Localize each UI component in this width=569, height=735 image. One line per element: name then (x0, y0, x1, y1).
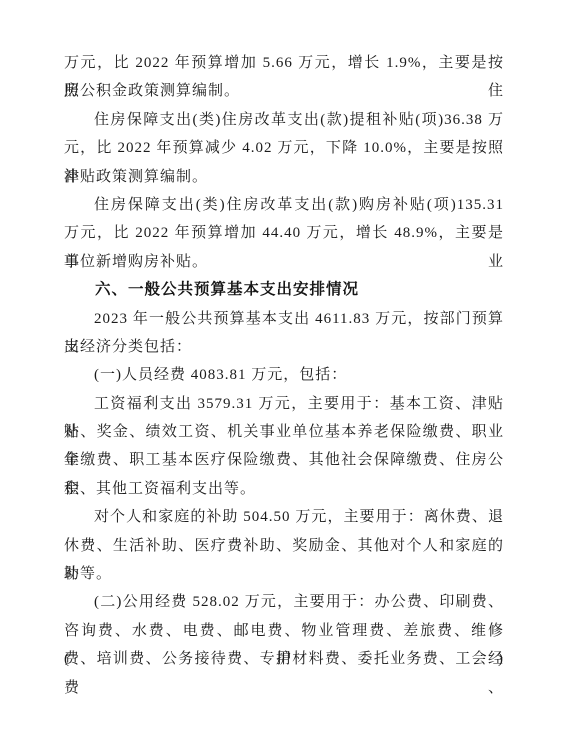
text-line: 对个人和家庭的补助 504.50 万元，主要用于：离休费、退 (64, 503, 504, 531)
text-line: 贴、奖金、绩效工资、机关事业单位基本养老保险缴费、职业年 (64, 418, 504, 446)
text-block: 万元，比 2022 年预算增加 5.66 万元，增长 1.9%，主要是按照住房公… (64, 49, 504, 674)
text-line: 万元，比 2022 年预算增加 44.40 万元，增长 48.9%，主要是事业 (64, 219, 504, 247)
text-line: 2023 年一般公共预算基本支出 4611.83 万元，按部门预算支 (64, 305, 504, 333)
text-line: 咨询费、水费、电费、邮电费、物业管理费、差旅费、维修(护) (64, 617, 504, 645)
text-line: 万元，比 2022 年预算增加 5.66 万元，增长 1.9%，主要是按照住 (64, 49, 504, 77)
text-line: 出经济分类包括： (64, 333, 504, 361)
document-page: 万元，比 2022 年预算增加 5.66 万元，增长 1.9%，主要是按照住房公… (0, 0, 569, 735)
text-line: 金、其他工资福利支出等。 (64, 475, 504, 503)
text-line: 元，比 2022 年预算减少 4.02 万元，下降 10.0%，主要是按照津 (64, 134, 504, 162)
text-line: 住房保障支出(类)住房改革支出(款)购房补贴(项)135.31 (64, 191, 504, 219)
text-line: 费、培训费、公务接待费、专用材料费、委托业务费、工会经费、 (64, 645, 504, 673)
text-line: 补贴政策测算编制。 (64, 163, 504, 191)
text-line: 金缴费、职工基本医疗保险缴费、其他社会保障缴费、住房公积 (64, 446, 504, 474)
text-line: 工资福利支出 3579.31 万元，主要用于：基本工资、津贴补 (64, 390, 504, 418)
text-line: (一)人员经费 4083.81 万元，包括： (64, 361, 504, 389)
text-line: 住房保障支出(类)住房改革支出(款)提租补贴(项)36.38 万 (64, 106, 504, 134)
text-line: 休费、生活补助、医疗费补助、奖励金、其他对个人和家庭的补 (64, 532, 504, 560)
section-heading: 六、一般公共预算基本支出安排情况 (64, 276, 504, 304)
text-line: (二)公用经费 528.02 万元，主要用于：办公费、印刷费、 (64, 588, 504, 616)
text-line: 助等。 (64, 560, 504, 588)
